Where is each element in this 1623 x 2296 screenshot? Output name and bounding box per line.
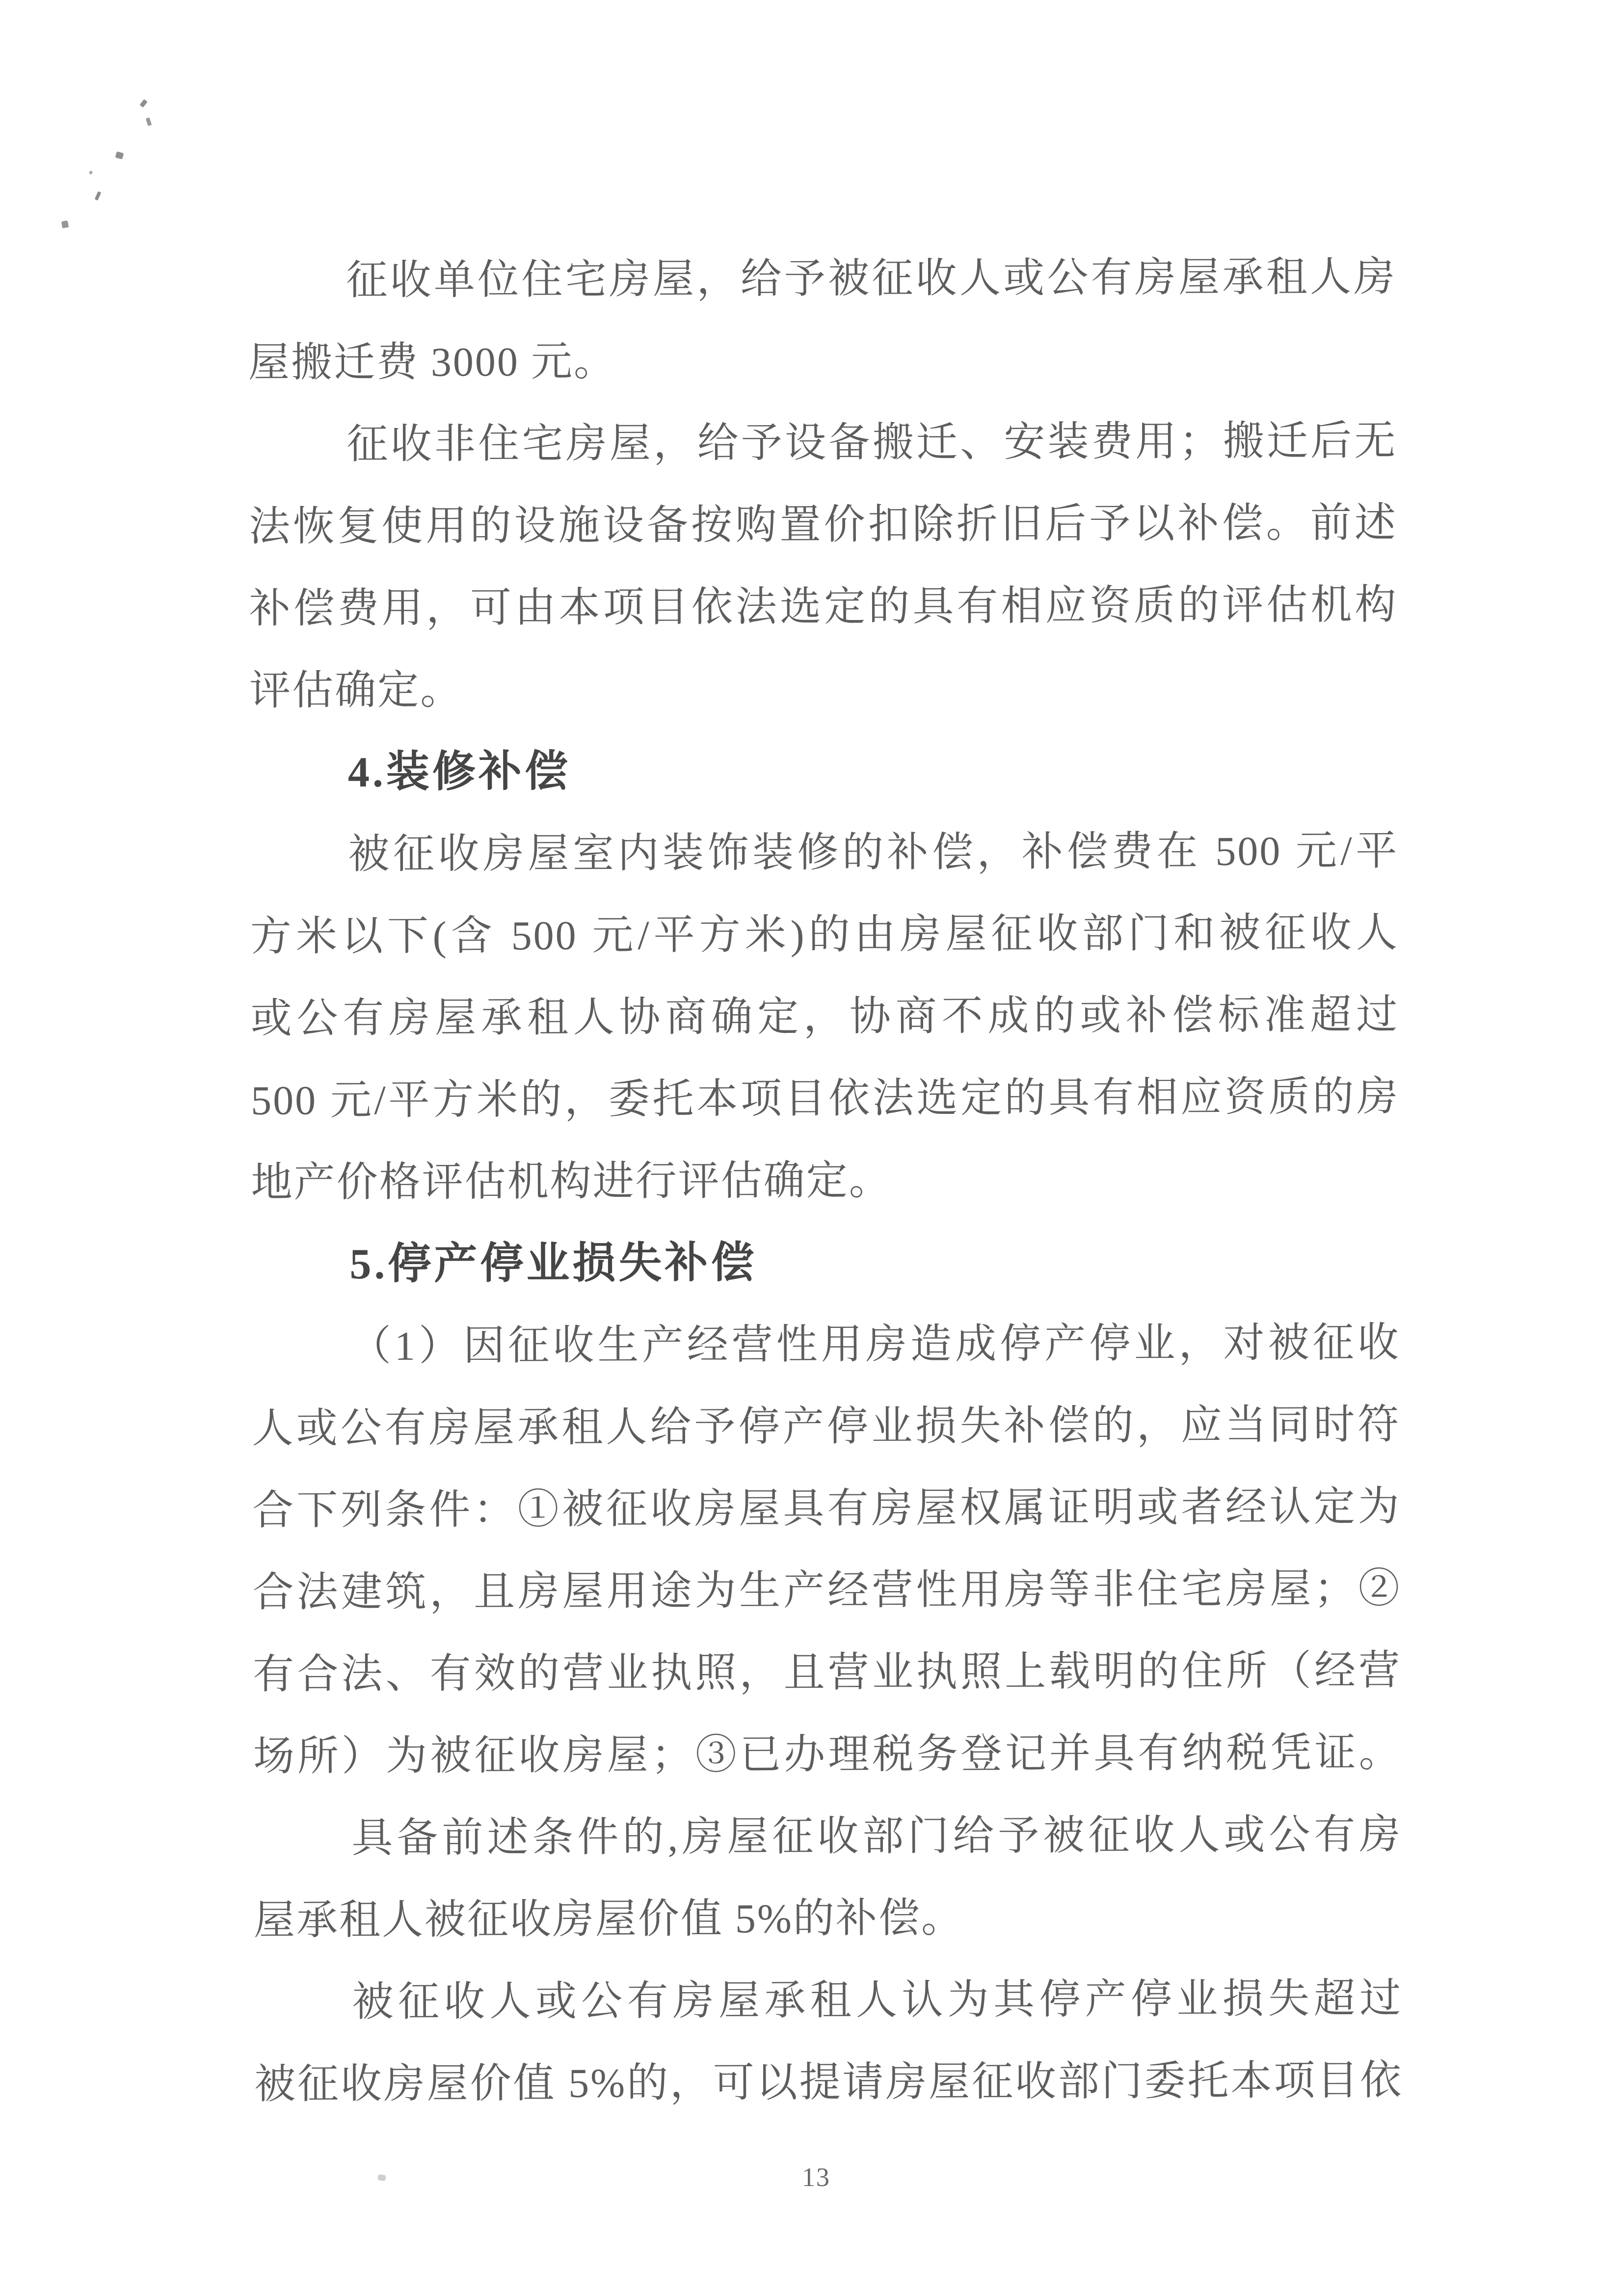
text-line: 场所）为被征收房屋；③已办理税务登记并具有纳税凭证。 bbox=[253, 1712, 1402, 1798]
text-line: 法恢复使用的设施设备按购置价扣除折旧后予以补偿。前述 bbox=[249, 482, 1398, 568]
text-line: 补偿费用，可由本项目依法选定的具有相应资质的评估机构 bbox=[249, 564, 1398, 650]
scan-speck bbox=[146, 117, 152, 126]
scanned-document-page: 征收单位住宅房屋，给予被征收人或公有房屋承租人房屋搬迁费 3000 元。征收非住… bbox=[0, 0, 1623, 2296]
section-heading: 5.停产停业损失补偿 bbox=[251, 1220, 1400, 1306]
text-line: 合法建筑，且房屋用途为生产经营性用房等非住宅房屋；② bbox=[252, 1548, 1401, 1634]
scan-speck bbox=[88, 170, 93, 175]
text-line: 征收非住宅房屋，给予设备搬迁、安装费用；搬迁后无 bbox=[248, 400, 1397, 486]
scan-speck bbox=[377, 2174, 386, 2181]
text-line: 屋承租人被征收房屋价值 5%的补偿。 bbox=[254, 1876, 1403, 1962]
scan-speck bbox=[95, 191, 102, 200]
text-line: 征收单位住宅房屋，给予被征收人或公有房屋承租人房 bbox=[248, 236, 1397, 322]
text-line: 方米以下(含 500 元/平方米)的由房屋征收部门和被征收人 bbox=[250, 892, 1399, 978]
text-line: 地产价格评估机构进行评估确定。 bbox=[251, 1138, 1400, 1224]
text-line: 500 元/平方米的，委托本项目依法选定的具有相应资质的房 bbox=[251, 1056, 1400, 1142]
document-body: 征收单位住宅房屋，给予被征收人或公有房屋承租人房屋搬迁费 3000 元。征收非住… bbox=[248, 236, 1403, 2126]
page-number: 13 bbox=[782, 2162, 851, 2192]
text-line: （1）因征收生产经营性用房造成停产停业，对被征收 bbox=[252, 1302, 1401, 1388]
text-line: 被征收人或公有房屋承租人认为其停产停业损失超过 bbox=[254, 1958, 1403, 2044]
text-line: 人或公有房屋承租人给予停产停业损失补偿的，应当同时符 bbox=[252, 1384, 1401, 1470]
text-line: 有合法、有效的营业执照，且营业执照上载明的住所（经营 bbox=[253, 1630, 1402, 1716]
text-line: 合下列条件：①被征收房屋具有房屋权属证明或者经认定为 bbox=[252, 1466, 1401, 1552]
scan-speck bbox=[61, 220, 69, 228]
text-line: 被征收房屋价值 5%的，可以提请房屋征收部门委托本项目依 bbox=[254, 2040, 1403, 2126]
text-line: 或公有房屋承租人协商确定，协商不成的或补偿标准超过 bbox=[250, 974, 1399, 1060]
text-line: 具备前述条件的,房屋征收部门给予被征收人或公有房 bbox=[253, 1794, 1402, 1880]
text-line: 被征收房屋室内装饰装修的补偿，补偿费在 500 元/平 bbox=[250, 810, 1399, 896]
text-line: 屋搬迁费 3000 元。 bbox=[248, 318, 1397, 404]
scan-speck bbox=[115, 151, 124, 159]
text-line: 评估确定。 bbox=[249, 646, 1398, 732]
scan-speck bbox=[139, 99, 147, 108]
section-heading: 4.装修补偿 bbox=[249, 728, 1398, 814]
